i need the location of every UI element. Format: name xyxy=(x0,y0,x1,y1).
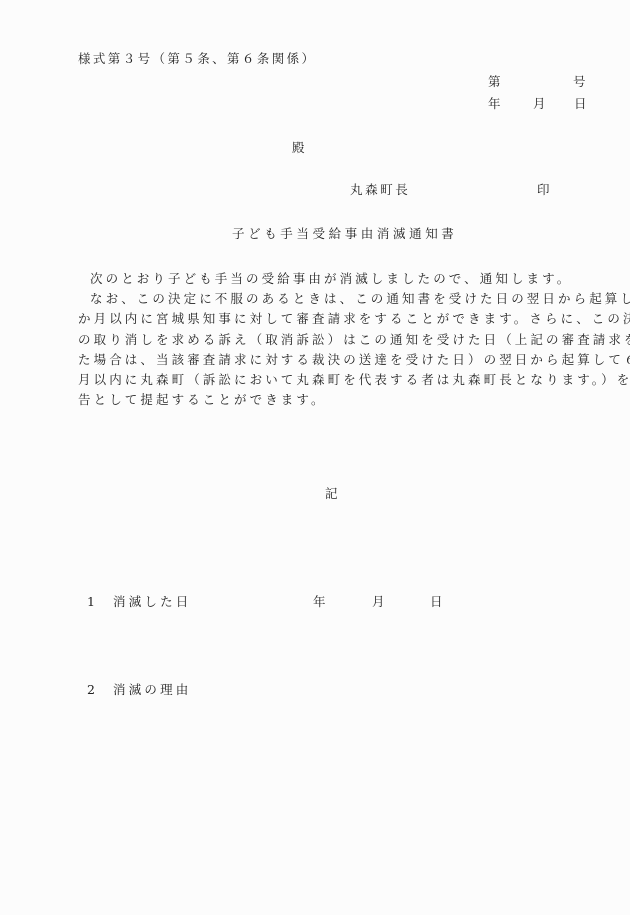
form-number: 様式第３号（第５条、第６条関係） xyxy=(78,53,316,66)
item-label: 消滅の理由 xyxy=(113,684,192,697)
body-text: 次のとおり子ども手当の受給事由が消滅しましたので、通知します。 なお、この決定に… xyxy=(78,269,590,410)
document-title: 子ども手当受給事由消滅通知書 xyxy=(232,228,457,241)
body-line: 月以内に丸森町（訴訟において丸森町を代表する者は丸森町長となります。）を被 xyxy=(78,370,590,390)
date-year-label: 年 xyxy=(488,98,503,111)
item-date-year-label: 年 xyxy=(313,596,328,609)
body-line: 次のとおり子ども手当の受給事由が消滅しましたので、通知します。 xyxy=(78,269,590,289)
body-line: なお、この決定に不服のあるときは、この通知書を受けた日の翌日から起算して３ xyxy=(78,289,590,309)
item-label: 消滅した日 xyxy=(113,596,192,609)
item-date-month-label: 月 xyxy=(372,596,387,609)
date-day-label: 日 xyxy=(574,98,589,111)
seal-mark: 印 xyxy=(537,184,552,197)
item-number: 1 xyxy=(87,596,97,609)
issuer-title: 丸森町長 xyxy=(350,184,410,197)
date-month-label: 月 xyxy=(533,98,548,111)
addressee-honorific: 殿 xyxy=(292,142,307,155)
item-date-day-label: 日 xyxy=(430,596,445,609)
ki-heading: 記 xyxy=(325,488,340,501)
body-line: か月以内に宮城県知事に対して審査請求をすることができます。さらに、この決定 xyxy=(78,309,590,329)
document-number-prefix: 第 xyxy=(488,76,503,89)
body-line: の取り消しを求める訴え（取消訴訟）はこの通知を受けた日（上記の審査請求をし xyxy=(78,330,590,350)
item-number: 2 xyxy=(87,684,97,697)
body-line: 告として提起することができます。 xyxy=(78,390,590,410)
body-line: た場合は、当該審査請求に対する裁決の送達を受けた日）の翌日から起算して６か xyxy=(78,350,590,370)
document-number-suffix: 号 xyxy=(573,76,588,89)
